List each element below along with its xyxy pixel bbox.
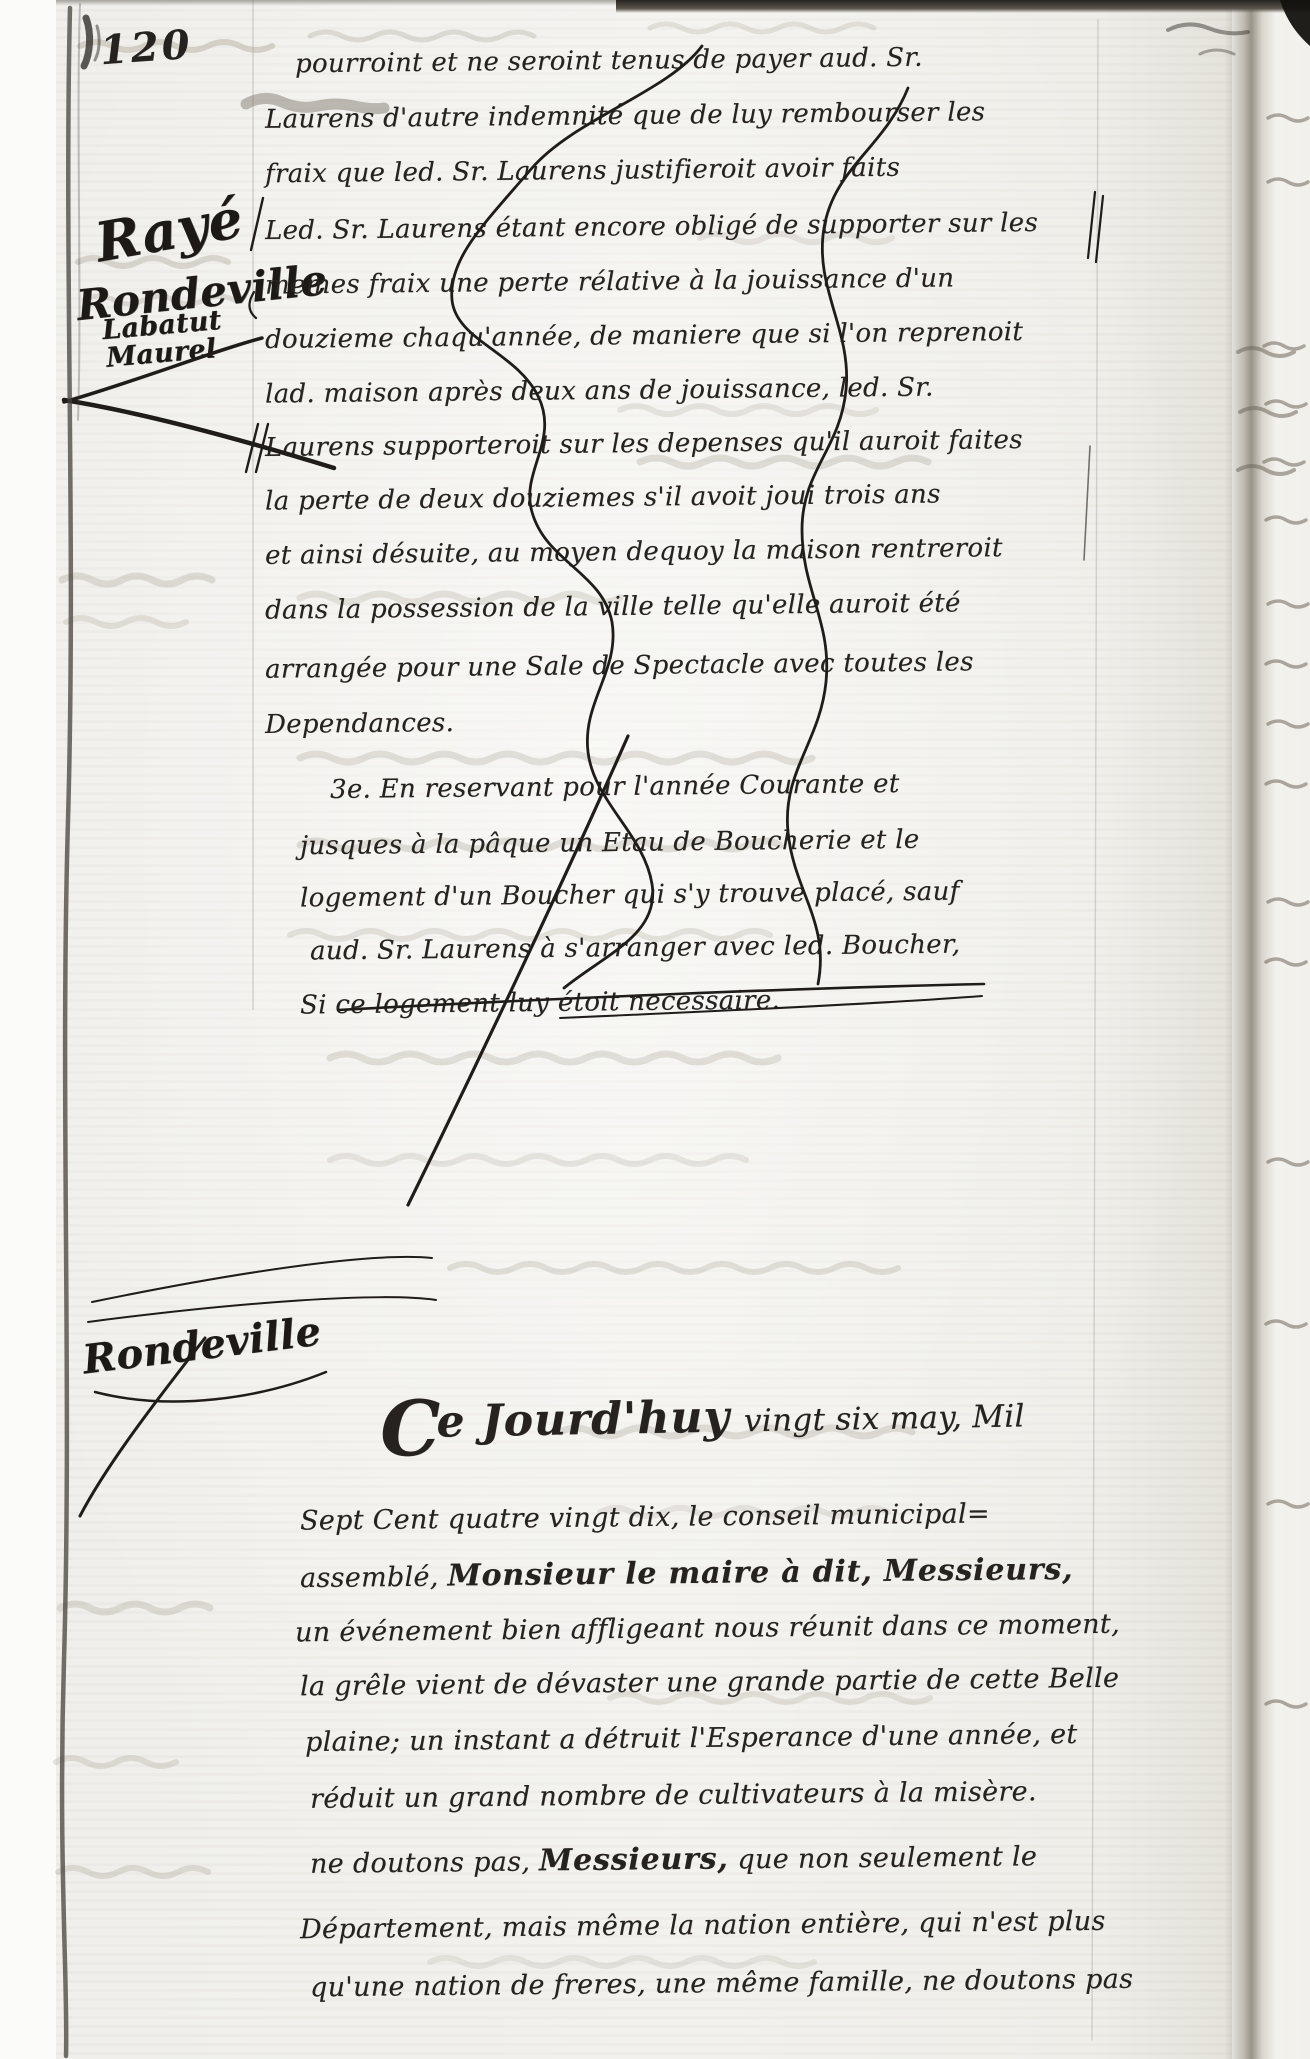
signature2-sweep-2	[88, 1297, 436, 1322]
horizontal-strike-1	[338, 984, 984, 1010]
left-deckle-edge-2	[78, 4, 80, 420]
ink-overlay	[0, 0, 1310, 2059]
signature2-tail	[80, 1338, 205, 1516]
cancellation-diagonal-stroke	[408, 736, 628, 1205]
gutter-crease-line	[1092, 20, 1098, 2040]
margin-item-mark-3a	[246, 424, 258, 472]
top-right-smudge-1	[1168, 24, 1248, 33]
horizontal-strike-2	[560, 996, 982, 1018]
margin-flourish-down	[64, 400, 334, 468]
margin-item-mark-2	[249, 292, 256, 318]
crease-tick-3	[1084, 446, 1090, 560]
signature2-underline	[95, 1372, 326, 1401]
left-deckle-edge	[62, 8, 71, 2056]
left-edge-blob-1	[84, 18, 90, 66]
crease-tick-1	[1088, 192, 1095, 258]
top-right-corner-shadow	[1280, 0, 1310, 46]
cancellation-squiggle-right	[787, 88, 908, 984]
manuscript-scan: 120 Rayé Rondeville Labatut Maurel Ronde…	[0, 0, 1310, 2059]
margin-item-mark-1	[251, 198, 263, 250]
signature2-sweep-1	[92, 1257, 432, 1302]
top-right-smudge-2	[1200, 50, 1234, 54]
margin-flourish-up	[64, 338, 262, 402]
left-edge-blob-2	[95, 26, 99, 60]
